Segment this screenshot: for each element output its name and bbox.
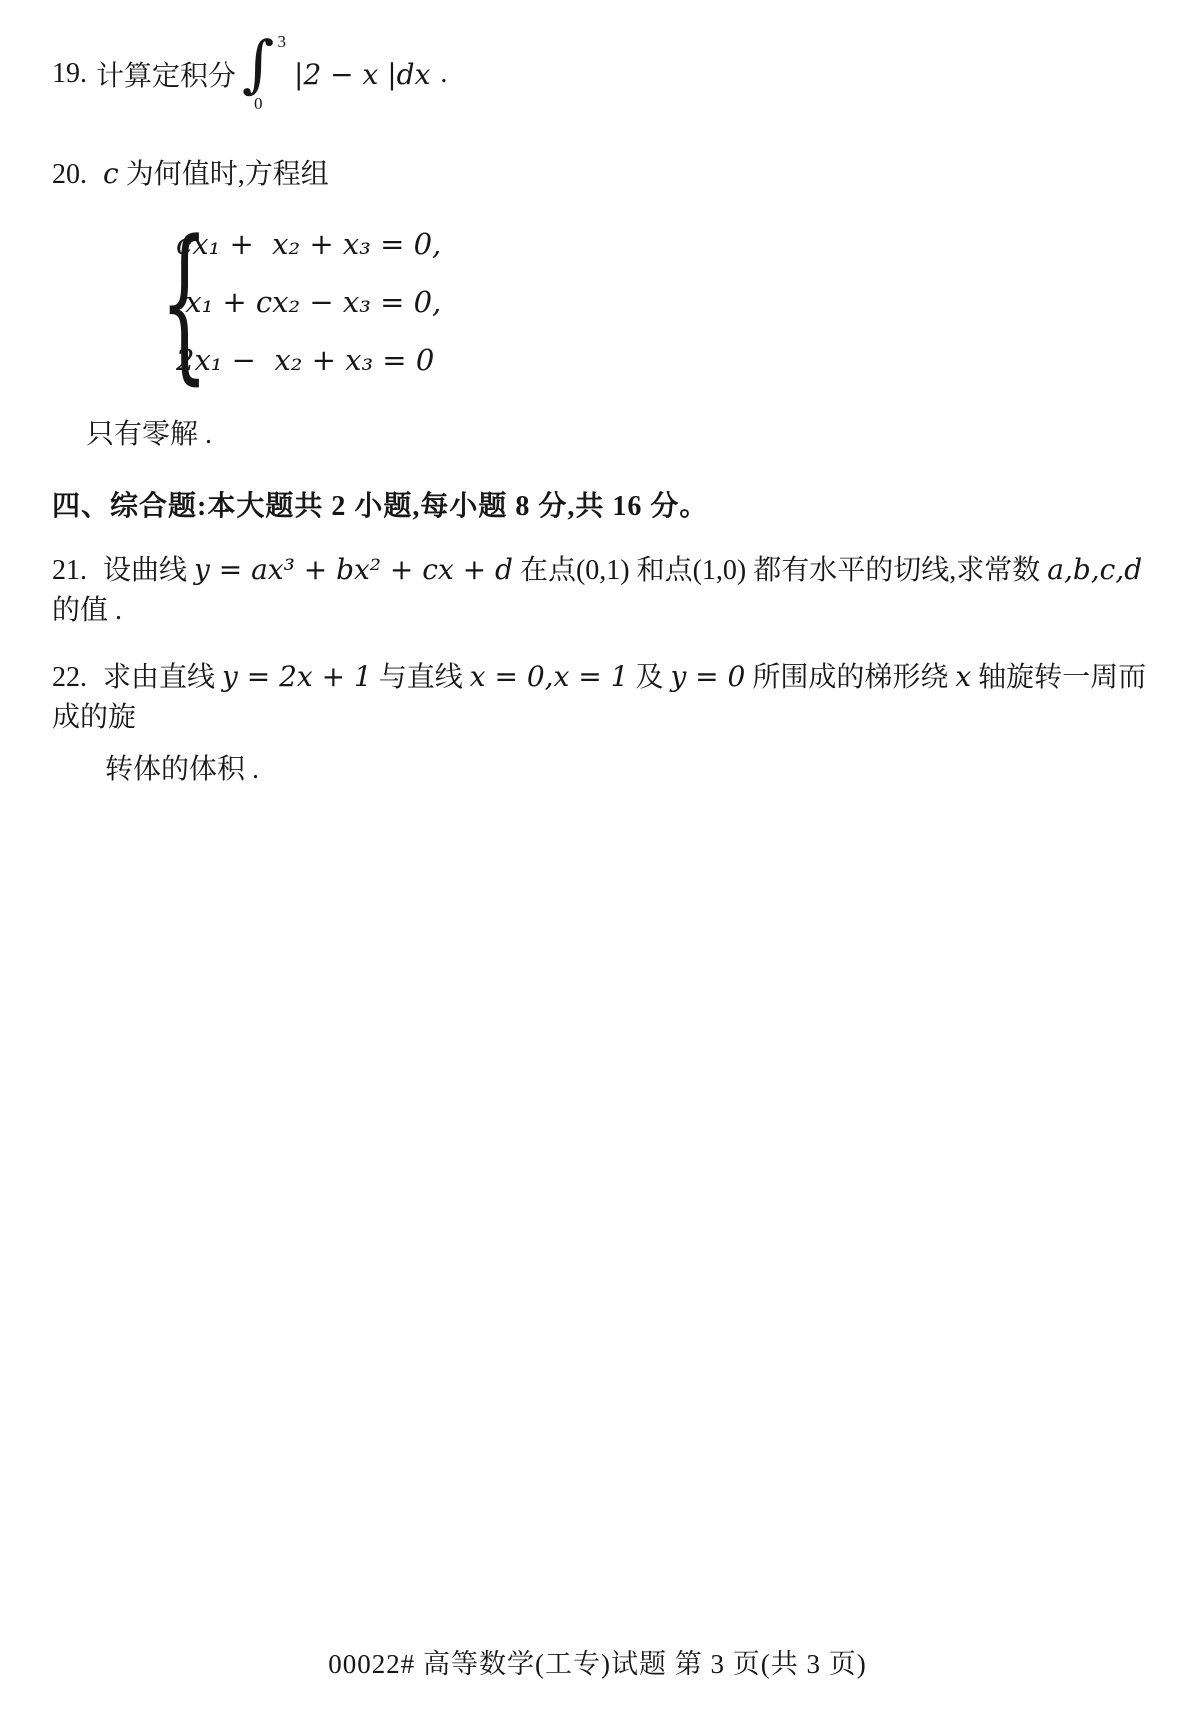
question-22-axis-variable: x (955, 660, 971, 693)
question-21-number: 21. (52, 551, 96, 591)
question-20-variable: c (103, 157, 119, 190)
equation-2: x₁ + cx₂ − x₃ = 0, (176, 285, 441, 319)
question-19-text: 计算定积分 (96, 54, 236, 94)
equation-1: cx₁ + x₂ + x₃ = 0, (176, 227, 441, 261)
question-22-number: 22. (52, 658, 96, 698)
question-20-tail: 只有零解 . (86, 412, 1149, 452)
integral-symbol: ∫ 3 0 (240, 40, 286, 108)
question-22-bounds-y: y = 0 (670, 660, 745, 693)
question-21-constants: a,b,c,d (1047, 553, 1142, 586)
question-19-number: 19. (52, 58, 96, 90)
question-22-seg-6: 所围成的梯形绕 (752, 662, 955, 693)
question-22-line-2: 转体的体积 . (52, 750, 1149, 790)
question-19-period: . (440, 58, 447, 90)
question-21-curve-equation: y = ax³ + bx² + cx + d (194, 553, 513, 586)
page-footer: 00022# 高等数学(工专)试题 第 3 页(共 3 页) (0, 1642, 1195, 1681)
page-content: 19. 计算定积分 ∫ 3 0 |2 − x |dx . 20. c 为何值时,… (0, 0, 1195, 790)
equation-3: 2x₁ − x₂ + x₃ = 0 (176, 343, 441, 377)
question-20-number: 20. (52, 159, 96, 191)
question-19: 19. 计算定积分 ∫ 3 0 |2 − x |dx . (52, 38, 1149, 110)
equation-column: cx₁ + x₂ + x₃ = 0, x₁ + cx₂ − x₃ = 0, 2x… (176, 227, 441, 377)
question-19-integrand: |2 − x |dx (294, 58, 430, 91)
question-22-seg-2: 与直线 (379, 662, 470, 693)
integral-sign-glyph: ∫ (242, 33, 274, 95)
question-20-text: 为何值时,方程组 (126, 159, 329, 190)
question-21-seg-2: 在点(0,1) 和点(1,0) 都有水平的切线,求常数 (520, 555, 1047, 586)
equation-system: { cx₁ + x₂ + x₃ = 0, x₁ + cx₂ − x₃ = 0, … (152, 218, 1149, 386)
question-22-line-equation: y = 2x + 1 (222, 660, 372, 693)
question-22-seg-4: 及 (635, 662, 670, 693)
question-22: 22. 求由直线 y = 2x + 1 与直线 x = 0,x = 1 及 y … (52, 657, 1149, 738)
question-21: 21. 设曲线 y = ax³ + bx² + cx + d 在点(0,1) 和… (52, 550, 1149, 631)
question-20: 20. c 为何值时,方程组 (52, 152, 1149, 192)
question-21-seg-4: 的值 . (52, 595, 122, 626)
integral-upper-limit: 3 (278, 32, 287, 52)
question-21-seg-0: 设曲线 (103, 555, 194, 586)
integral-lower-limit: 0 (254, 94, 263, 114)
section-4-heading: 四、综合题:本大题共 2 小题,每小题 8 分,共 16 分。 (52, 484, 1149, 524)
exam-page: 19. 计算定积分 ∫ 3 0 |2 − x |dx . 20. c 为何值时,… (0, 0, 1195, 1719)
question-22-seg-0: 求由直线 (103, 662, 222, 693)
left-brace: { (160, 218, 174, 386)
question-22-bounds-x: x = 0,x = 1 (470, 660, 629, 693)
